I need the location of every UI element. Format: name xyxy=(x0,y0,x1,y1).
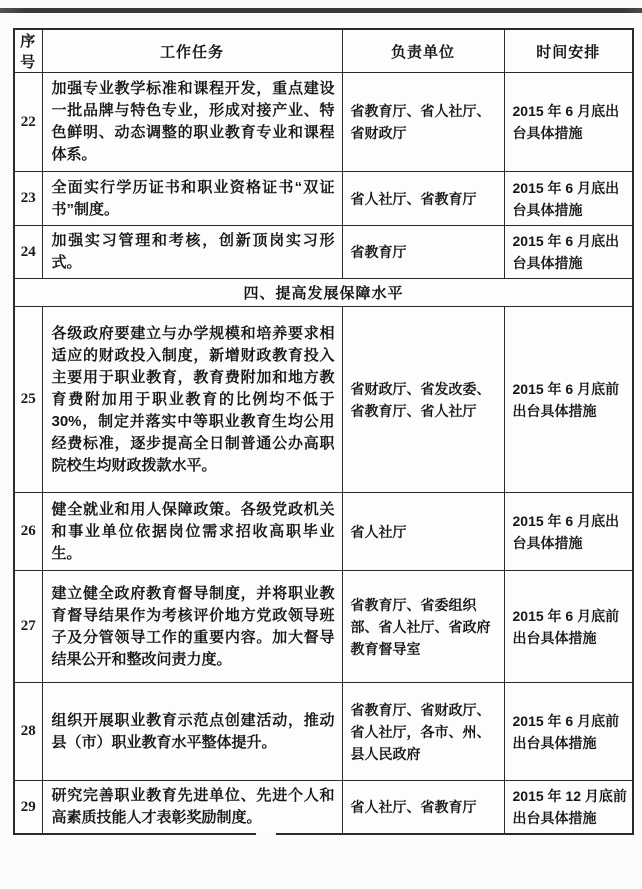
time-cell: 2015 年 6 月底前出台具体措施 xyxy=(504,307,633,493)
col-header-unit: 负责单位 xyxy=(342,29,504,73)
scanned-document-page: 序号 工作任务 负责单位 时间安排 22 加强专业教学标准和课程开发，重点建设一… xyxy=(0,0,642,889)
row-number-cell: 29 xyxy=(14,781,42,835)
table-row: 25 各级政府要建立与办学规模和培养要求相适应的财政投入制度，新增财政教育投入主… xyxy=(14,307,633,493)
section-header-row: 四、提高发展保障水平 xyxy=(14,279,633,307)
unit-cell: 省人社厅 xyxy=(342,493,504,571)
work-plan-table: 序号 工作任务 负责单位 时间安排 22 加强专业教学标准和课程开发，重点建设一… xyxy=(13,28,634,835)
table-row: 28 组织开展职业教育示范点创建活动，推动县（市）职业教育水平整体提升。 省教育… xyxy=(14,683,633,781)
row-number-cell: 23 xyxy=(14,172,42,226)
unit-cell: 省教育厅、省财政厅、省人社厅，各市、州、县人民政府 xyxy=(342,683,504,781)
col-header-number: 序号 xyxy=(14,29,42,73)
header-row: 序号 工作任务 负责单位 时间安排 xyxy=(14,29,633,73)
row-number-cell: 27 xyxy=(14,571,42,683)
scan-artifact-gap xyxy=(256,833,276,837)
col-header-time: 时间安排 xyxy=(504,29,633,73)
unit-cell: 省人社厅、省教育厅 xyxy=(342,781,504,835)
time-cell: 2015 年 12 月底前出台具体措施 xyxy=(504,781,633,835)
unit-cell: 省财政厅、省发改委、省教育厅、省人社厅 xyxy=(342,307,504,493)
time-cell: 2015 年 6 月底出台具体措施 xyxy=(504,226,633,279)
time-cell: 2015 年 6 月底出台具体措施 xyxy=(504,493,633,571)
unit-cell: 省教育厅、省人社厅、省财政厅 xyxy=(342,73,504,172)
task-cell: 加强实习管理和考核，创新顶岗实习形式。 xyxy=(42,226,342,279)
row-number-cell: 24 xyxy=(14,226,42,279)
table-row: 24 加强实习管理和考核，创新顶岗实习形式。 省教育厅 2015 年 6 月底出… xyxy=(14,226,633,279)
row-number-cell: 22 xyxy=(14,73,42,172)
unit-cell: 省教育厅 xyxy=(342,226,504,279)
task-cell: 建立健全政府教育督导制度，并将职业教育督导结果作为考核评价地方党政领导班子及分管… xyxy=(42,571,342,683)
task-cell: 全面实行学历证书和职业资格证书“双证书”制度。 xyxy=(42,172,342,226)
table-row: 29 研究完善职业教育先进单位、先进个人和高素质技能人才表彰奖励制度。 省人社厅… xyxy=(14,781,633,835)
time-cell: 2015 年 6 月底前出台具体措施 xyxy=(504,571,633,683)
work-plan-table-container: 序号 工作任务 负责单位 时间安排 22 加强专业教学标准和课程开发，重点建设一… xyxy=(13,28,633,835)
unit-cell: 省人社厅、省教育厅 xyxy=(342,172,504,226)
task-cell: 健全就业和用人保障政策。各级党政机关和事业单位依据岗位需求招收高职毕业生。 xyxy=(42,493,342,571)
row-number-cell: 25 xyxy=(14,307,42,493)
time-cell: 2015 年 6 月底前出台具体措施 xyxy=(504,683,633,781)
row-number-cell: 28 xyxy=(14,683,42,781)
task-cell: 组织开展职业教育示范点创建活动，推动县（市）职业教育水平整体提升。 xyxy=(42,683,342,781)
row-number-cell: 26 xyxy=(14,493,42,571)
time-cell: 2015 年 6 月底出台具体措施 xyxy=(504,73,633,172)
table-row: 27 建立健全政府教育督导制度，并将职业教育督导结果作为考核评价地方党政领导班子… xyxy=(14,571,633,683)
time-cell: 2015 年 6 月底出台具体措施 xyxy=(504,172,633,226)
unit-cell: 省教育厅、省委组织部、省人社厅、省政府教育督导室 xyxy=(342,571,504,683)
task-cell: 加强专业教学标准和课程开发，重点建设一批品牌与特色专业，形成对接产业、特色鲜明、… xyxy=(42,73,342,172)
task-cell: 各级政府要建立与办学规模和培养要求相适应的财政投入制度，新增财政教育投入主要用于… xyxy=(42,307,342,493)
table-row: 26 健全就业和用人保障政策。各级党政机关和事业单位依据岗位需求招收高职毕业生。… xyxy=(14,493,633,571)
section-title: 四、提高发展保障水平 xyxy=(14,279,633,307)
table-row: 23 全面实行学历证书和职业资格证书“双证书”制度。 省人社厅、省教育厅 201… xyxy=(14,172,633,226)
table-row: 22 加强专业教学标准和课程开发，重点建设一批品牌与特色专业，形成对接产业、特色… xyxy=(14,73,633,172)
col-header-task: 工作任务 xyxy=(42,29,342,73)
task-cell: 研究完善职业教育先进单位、先进个人和高素质技能人才表彰奖励制度。 xyxy=(42,781,342,835)
page-top-rule xyxy=(0,8,642,13)
